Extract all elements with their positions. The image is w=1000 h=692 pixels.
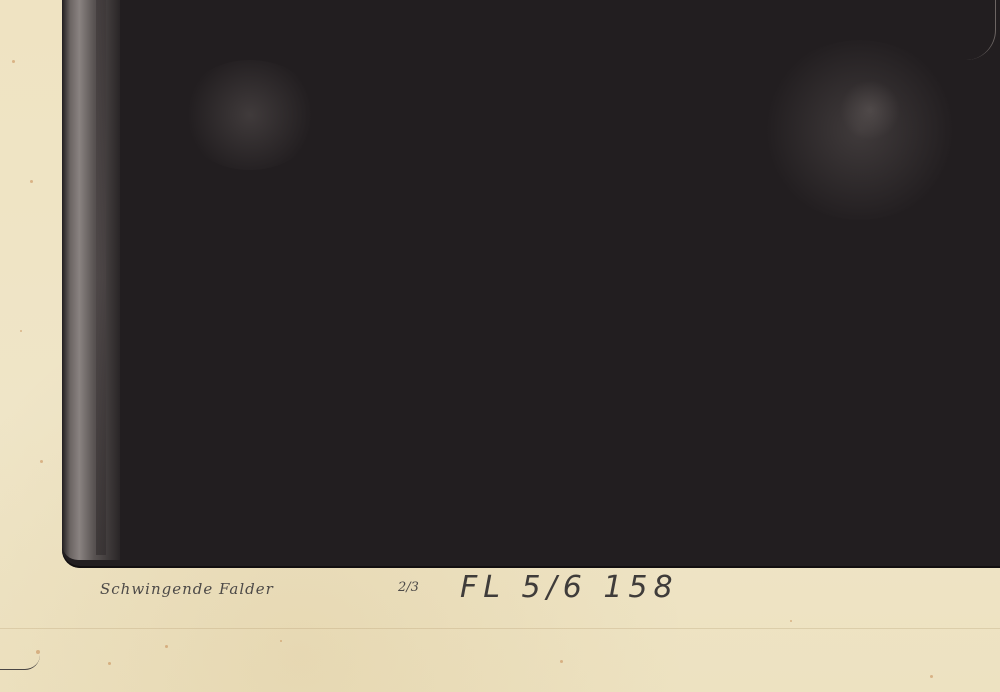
foxing-spot — [30, 180, 33, 183]
foxing-spot — [280, 640, 282, 642]
foxing-spot — [20, 330, 22, 332]
edition-number: 2/3 — [398, 580, 419, 595]
foxing-spot — [560, 660, 563, 663]
ink-texture — [180, 60, 320, 170]
artwork-title: Schwingende Falder — [100, 580, 274, 598]
foxing-spot — [930, 675, 933, 678]
artist-signature: FL 5/6 158 — [460, 570, 679, 605]
lithograph-left-edge — [62, 0, 120, 560]
foxing-spot — [165, 645, 168, 648]
foxing-spot — [40, 460, 43, 463]
lithograph-edge-streak — [96, 0, 106, 555]
foxing-spot — [12, 60, 15, 63]
foxing-spot — [790, 620, 792, 622]
foxing-spot — [108, 662, 111, 665]
paper-fold-line — [0, 628, 1000, 629]
ink-texture — [840, 80, 900, 140]
foxing-spot — [36, 650, 40, 654]
